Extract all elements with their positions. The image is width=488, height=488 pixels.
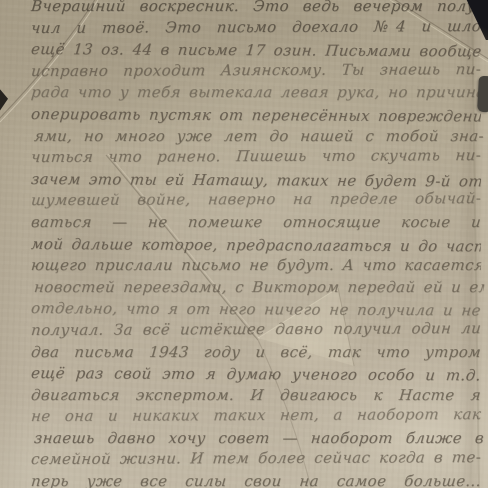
handwriting-line: новостей переездами, с Виктором передай … (33, 277, 485, 299)
handwriting-line: не она и никаких таких нет, а наоборот к… (30, 404, 482, 428)
handwriting-line: Вчерашний воскресник. Это ведь вечером п… (30, 0, 482, 18)
handwriting-line: исправно проходит Азиянскому. Ты знаешь … (30, 59, 482, 83)
handwriting-line: получал. За всё истёкшее давно получил о… (30, 318, 482, 342)
handwriting-line: двигаться экспертом. И двигаюсь к Насте … (30, 385, 482, 407)
handwriting-line: мой дальше которое, предрасполагаться и … (30, 234, 482, 258)
handwriting-line: ями, но много уже лет до нашей с тобой з… (33, 126, 485, 148)
handwritten-text-block: Вчерашний воскресник. Это ведь вечером п… (0, 0, 488, 488)
handwriting-line: шумевшей войне, наверно на пределе обыча… (30, 188, 482, 212)
handwriting-line: два письма 1943 году и всё, так что утро… (30, 342, 482, 364)
handwriting-line: перь уже все силы свои на самое больше..… (30, 471, 482, 488)
handwriting-line: читься что ранено. Пишешь что скучать ни… (30, 145, 482, 169)
dark-edge-mark-right (477, 76, 488, 113)
handwriting-line: знаешь давно хочу совет — наоборот ближе… (33, 428, 485, 450)
handwriting-line: семейной жизни. И тем более сейчас когда… (30, 448, 482, 472)
handwriting-line: ваться — не помешке относящие косые и (30, 212, 482, 234)
handwriting-line: ющего прислали письмо не будут. А что ка… (30, 255, 482, 277)
photographed-letter: { "letter": { "year_visible": "1943", "l… (0, 0, 488, 488)
handwriting-line: оперировать пустяк от перенесённых повре… (30, 104, 482, 128)
handwriting-line: чил и твоё. Это письмо доехало №4 и шло (30, 16, 482, 40)
handwriting-line: ещё раз свой это я думаю ученого особо и… (30, 363, 482, 387)
handwriting-line: рада что у тебя вытекала левая рука, но … (30, 82, 482, 104)
